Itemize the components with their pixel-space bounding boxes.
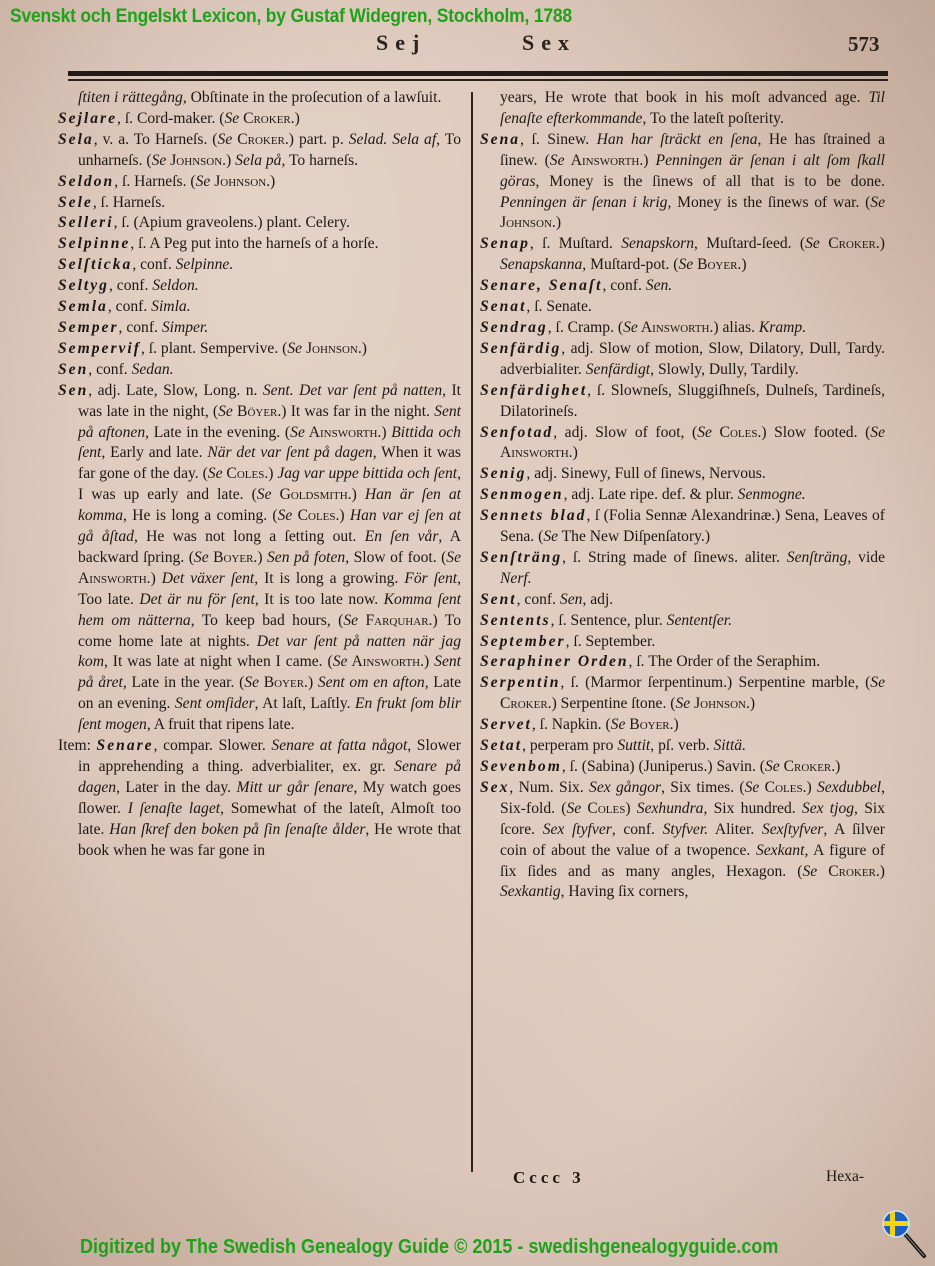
entry-text: Croker. [780, 758, 835, 775]
entry-text: Han har ſträckt en ſena [597, 131, 758, 148]
entry-text: ) [308, 674, 318, 691]
dictionary-entry: Setat, perperam pro Suttit, pſ. verb. Si… [480, 736, 885, 757]
entry-text: Sedan. [132, 361, 174, 378]
entry-text: ) part. p. [289, 131, 349, 148]
entry-text: ) [674, 716, 679, 733]
dictionary-entry: Sendrag, ſ. Cramp. (Se Ainsworth.) alias… [480, 318, 885, 339]
entry-text: Johnson. [690, 695, 750, 712]
headword: Senfärdighet [480, 382, 587, 399]
entry-text: Se [611, 716, 626, 733]
entry-text: Coles. [712, 424, 761, 441]
headword: Selpinne [58, 235, 130, 252]
entry-text: Se [218, 131, 233, 148]
left-column: ſtiten i rättegång, Obſtinate in the pro… [58, 88, 461, 862]
entry-text: ) [750, 695, 755, 712]
dictionary-entry: Sex, Num. Six. Sex gångor, Six times. (S… [480, 778, 885, 903]
entry-text: Ainsworth. [305, 424, 381, 441]
entry-text: ) [270, 173, 275, 190]
dictionary-entry: September, ſ. September. [480, 632, 885, 653]
entry-text: , ſ. Senate. [526, 298, 591, 315]
entry-text: Senmogne. [738, 486, 806, 503]
entry-text: , adj. Slow of foot, ( [553, 424, 697, 441]
entry-text: Sent omſider [175, 695, 255, 712]
headword: Senare, Senaſt [480, 277, 602, 294]
entry-text: Se [343, 612, 358, 629]
digitizer-credit-banner: Digitized by The Swedish Genealogy Guide… [80, 1236, 778, 1259]
entry-text: Se [805, 235, 820, 252]
headword: Senfotad [480, 424, 553, 441]
entry-text: Sen [560, 591, 583, 608]
headword: Setat [480, 737, 522, 754]
headword: Selleri [58, 214, 114, 231]
entry-text: Sela på [235, 152, 281, 169]
entry-text: , Muſtard-ſeed. ( [694, 235, 805, 252]
entry-text: Se [333, 653, 348, 670]
entry-text: ) [835, 758, 840, 775]
entry-text: , conf. [612, 821, 663, 838]
entry-text: , ſ. Harneſs. ( [114, 173, 195, 190]
headword: Semper [58, 319, 119, 336]
headword: Sendrag [480, 319, 548, 336]
entry-text: , Slow of foot. ( [345, 549, 446, 566]
entry-text: Se [287, 340, 302, 357]
dictionary-entry: Selſticka, conf. Selpinne. [58, 255, 461, 276]
entry-text: Böyer. [233, 403, 281, 420]
entry-text: Se [543, 528, 558, 545]
entry-text: Nerf. [500, 570, 532, 587]
dictionary-entry: Serpentin, ſ. (Marmor ſerpentinum.) Serp… [480, 673, 885, 715]
headword: Sela [58, 131, 94, 148]
entry-text: , compar. Slower. [154, 737, 272, 754]
entry-text: , ſ. Harneſs. [93, 194, 165, 211]
dictionary-entry: Senmogen, adj. Late ripe. def. & plur. S… [480, 485, 885, 506]
signature-mark: Cccc 3 [513, 1168, 585, 1188]
dictionary-entry: Sevenbom, ſ. (Sabina) (Juniperus.) Savin… [480, 757, 885, 778]
entry-text: , conf. [108, 298, 151, 315]
entry-text: , conf. [109, 277, 152, 294]
entry-text: ) [268, 465, 277, 482]
dictionary-entry: Seltyg, conf. Seldon. [58, 276, 461, 297]
entry-text: Se [224, 110, 239, 127]
entry-text: Seldon. [152, 277, 198, 294]
entry-text: Sen. [646, 277, 672, 294]
entry-text: Aliter. [708, 821, 762, 838]
entry-text: ) [573, 444, 578, 461]
running-head: Sej Sex 573 [0, 30, 935, 60]
entry-text: ) Slow footed. ( [761, 424, 870, 441]
continued-entry: ſtiten i rättegång, Obſtinate in the pro… [58, 88, 461, 109]
headword: Seraphiner Orden [480, 653, 629, 670]
entry-text: , ſ. Cord-maker. ( [117, 110, 224, 127]
entry-text: Se [802, 863, 817, 880]
dictionary-entry: Sela, v. a. To Harneſs. (Se Croker.) par… [58, 130, 461, 172]
entry-text: Senfärdigt [586, 361, 650, 378]
entry-text: , Obſtinate in the proſecution of a lawſ… [183, 89, 442, 106]
headword: Senmogen [480, 486, 564, 503]
entry-text: Jag var uppe bittida och ſent [277, 465, 457, 482]
entry-text: ) [295, 110, 300, 127]
headword: Sele [58, 194, 93, 211]
entry-text: Johnson. [302, 340, 362, 357]
entry-text: Senſträng [787, 549, 848, 566]
dictionary-entry: Senſträng, ſ. String made of ſinews. ali… [480, 548, 885, 590]
dictionary-entry: Sempervif, ſ. plant. Sempervive. (Se Joh… [58, 339, 461, 360]
entry-text: , To keep bad hours, ( [191, 612, 344, 629]
entry-text: Croker. [239, 110, 294, 127]
entry-text: Coles. [759, 779, 806, 796]
headword: Senſträng [480, 549, 562, 566]
dictionary-entry: Senig, adj. Sinewy, Full of ſinews, Nerv… [480, 464, 885, 485]
entry-text: Sex tjog [802, 800, 854, 817]
dictionary-entry: Servet, ſ. Napkin. (Se Boyer.) [480, 715, 885, 736]
headword: Sen [58, 382, 88, 399]
entry-text: , Slowly, Dully, Tardily. [650, 361, 799, 378]
headword: Sejlare [58, 110, 117, 127]
entry-text: Suttit [617, 737, 650, 754]
headword: Senap [480, 235, 530, 252]
entry-text: Sexſtyfver [762, 821, 823, 838]
dictionary-entry: Senare, Senaſt, conf. Sen. [480, 276, 885, 297]
entry-text: En ſen vår [365, 528, 439, 545]
entry-text: Boyer. [625, 716, 673, 733]
entry-text: Goldsmith. [272, 486, 352, 503]
entry-text: Johnson. [210, 173, 270, 190]
dictionary-entry: Sentents, ſ. Sentence, plur. Sententſer. [480, 611, 885, 632]
entry-text: ) [424, 653, 434, 670]
dictionary-entry: Sena, ſ. Sinew. Han har ſträckt en ſena,… [480, 130, 885, 235]
headword: Sennets blad [480, 507, 586, 524]
entry-text: Det växer ſent [162, 570, 254, 587]
entry-text: I ſenaſte laget [128, 800, 220, 817]
entry-text: , v. a. To Harneſs. ( [94, 131, 218, 148]
dictionary-entry: Senfärdig, adj. Slow of motion, Slow, Di… [480, 339, 885, 381]
entry-text: , ſ. (Marmor ſerpentinum.) Serpentine ma… [560, 674, 870, 691]
headword: Semla [58, 298, 108, 315]
continued-entry: years, He wrote that book in his moſt ad… [480, 88, 885, 130]
dictionary-entry: Item: Senare, compar. Slower. Senare at … [58, 736, 461, 861]
entry-text: ) [381, 424, 391, 441]
entry-text: Mitt ur går ſenare [236, 779, 353, 796]
entry-text: Croker. [817, 863, 880, 880]
entry-text: ) It was far in the night. [281, 403, 434, 420]
entry-text: Se [446, 549, 461, 566]
entry-text: , Early and late. [101, 444, 207, 461]
entry-text: Se [257, 486, 272, 503]
entry-text: Boyer. [209, 549, 258, 566]
dictionary-entry: Senat, ſ. Senate. [480, 297, 885, 318]
entry-text: , ſ. String made of ſinews. aliter. [562, 549, 787, 566]
dictionary-entry: Selleri, ſ. (Apium graveolens.) plant. C… [58, 213, 461, 234]
entry-text: Sexkantig [500, 883, 561, 900]
entry-text: ) [880, 863, 885, 880]
entry-text: Se [870, 674, 885, 691]
entry-text: Se [550, 152, 565, 169]
headword: September [480, 633, 566, 650]
entry-text: , conf. [602, 277, 645, 294]
entry-text: , perperam pro [522, 737, 617, 754]
entry-text: , ſ. Muſtard. [530, 235, 621, 252]
entry-text: , Late in the year. ( [123, 674, 244, 691]
headword: Sent [480, 591, 517, 608]
entry-text: Simla. [151, 298, 190, 315]
entry-text: Coles [581, 800, 625, 817]
entry-text: När det var ſent på dagen [207, 444, 372, 461]
running-head-first-word: Sej [376, 30, 426, 56]
entry-text: Selpinne. [176, 256, 234, 273]
entry-text: , conf. [119, 319, 162, 336]
entry-text: Ainsworth. [565, 152, 644, 169]
entry-text: Se [697, 424, 712, 441]
right-column: years, He wrote that book in his moſt ad… [480, 88, 885, 903]
entry-text: Simper. [162, 319, 208, 336]
page-number: 573 [848, 32, 880, 57]
entry-text: Senapskanna [500, 256, 582, 273]
entry-text: Se [745, 779, 760, 796]
entry-text: , It was late at night when I came. ( [104, 653, 333, 670]
entry-text: , Later in the day. [116, 779, 236, 796]
entry-text: Penningen är ſenan i krig [500, 194, 667, 211]
entry-text: Senapskorn [621, 235, 694, 252]
entry-text: , ſ. plant. Sempervive. ( [141, 340, 287, 357]
entry-text: Styfver. [663, 821, 708, 838]
entry-text: ) [352, 486, 365, 503]
entry-text: , To the lateſt poſterity. [642, 110, 783, 127]
column-divider [471, 92, 473, 1172]
entry-text: Se [218, 403, 233, 420]
entry-text: Sent. Det var ſent på natten [263, 382, 442, 399]
entry-text: Sex gångor [589, 779, 661, 796]
entry-text: , adj. Sinewy, Full of ſinews, Nervous. [526, 465, 765, 482]
entry-text: , It is long a growing. [254, 570, 404, 587]
source-banner: Svenskt och Engelskt Lexicon, by Gustaf … [10, 6, 572, 28]
dictionary-entry: Seraphiner Orden, ſ. The Order of the Se… [480, 652, 885, 673]
entry-text: , ſ. Sinew. [520, 131, 597, 148]
dictionary-entry: Sen, adj. Late, Slow, Long. n. Sent. Det… [58, 381, 461, 736]
dictionary-entry: Sen, conf. Sedan. [58, 360, 461, 381]
entry-text: , He was not long a ſetting out. [134, 528, 365, 545]
entry-text: Ainsworth. [347, 653, 424, 670]
entry-text: , He is long a coming. ( [123, 507, 278, 524]
entry-text: Se [678, 256, 693, 273]
entry-text: ) alias. [713, 319, 758, 336]
entry-text: , conf. [88, 361, 131, 378]
entry-text: , ſ. Napkin. ( [532, 716, 611, 733]
entry-text: Senare at fatta något [271, 737, 407, 754]
dictionary-entry: Senfotad, adj. Slow of foot, (Se Coles.)… [480, 423, 885, 465]
header-rule-thin [68, 79, 888, 81]
entry-text: Farquhar. [358, 612, 432, 629]
entry-text: Coles. [223, 465, 269, 482]
headword: Selſticka [58, 256, 132, 273]
entry-text: Se [675, 695, 690, 712]
entry-text: Selad. Sela af [349, 131, 436, 148]
entry-text: Sexdubbel [817, 779, 881, 796]
headword: Senat [480, 298, 526, 315]
entry-text: Ainsworth. [500, 444, 573, 461]
dictionary-entry: Seldon, ſ. Harneſs. (Se Johnson.) [58, 172, 461, 193]
entry-text: Se [566, 800, 581, 817]
entry-text: , To harneſs. [281, 152, 358, 169]
entry-text: Boyer. [259, 674, 308, 691]
entry-text: Sittä. [714, 737, 747, 754]
headword: Senfärdig [480, 340, 561, 357]
entry-text: Se [208, 465, 223, 482]
entry-text: , pſ. verb. [650, 737, 713, 754]
entry-text: , conf. [132, 256, 175, 273]
entry-text: Se [870, 424, 885, 441]
entry-text: , ſ. (Apium graveolens.) plant. Celery. [114, 214, 350, 231]
entry-text: ) [339, 507, 349, 524]
entry-text: Coles. [292, 507, 339, 524]
entry-text: Ainsworth. [638, 319, 714, 336]
entry-text: ) [226, 152, 235, 169]
entry-text: The New Diſpenſatory.) [558, 528, 710, 545]
entry-text: Se [244, 674, 259, 691]
entry-text: , Money is the ſinews of war. ( [667, 194, 870, 211]
entry-text: , conf. [517, 591, 560, 608]
catchword: Hexa- [826, 1168, 864, 1186]
headword: Sempervif [58, 340, 141, 357]
entry-text: , Having ſix corners, [561, 883, 689, 900]
entry-text: Kramp. [759, 319, 806, 336]
entry-text: Sen på foten [267, 549, 345, 566]
headword: Sentents [480, 612, 551, 629]
entry-text: Se [765, 758, 780, 775]
entry-text: Se [152, 152, 167, 169]
entry-text: , ſ. Cramp. ( [548, 319, 623, 336]
entry-text: , vide [847, 549, 885, 566]
entry-text: ) Serpentine ſtone. ( [552, 695, 676, 712]
entry-text: ) [880, 235, 885, 252]
headword: Serpentin [480, 674, 560, 691]
entry-text: ) [257, 549, 267, 566]
header-rule-thick [68, 71, 888, 76]
entry-text: ) [556, 214, 561, 231]
dictionary-entry: Sejlare, ſ. Cord-maker. (Se Croker.) [58, 109, 461, 130]
entry-text: ) [151, 570, 162, 587]
headword: Sevenbom [480, 758, 562, 775]
entry-text: Croker. [232, 131, 289, 148]
headword: Sex [480, 779, 509, 796]
dictionary-entry: Sele, ſ. Harneſs. [58, 193, 461, 214]
swedish-flag-magnifier-icon [878, 1208, 930, 1260]
entry-text: Sent om en afton [318, 674, 425, 691]
entry-text: , At laſt, Laſtly. [255, 695, 355, 712]
entry-text: Sex ſtyfver [543, 821, 612, 838]
headword: Senare [97, 737, 154, 754]
entry-text: Item: [58, 737, 97, 754]
entry-text: Sexhundra [637, 800, 704, 817]
entry-text: , Late in the evening. ( [145, 424, 290, 441]
entry-text: Han ſkref den boken på ſin ſenaſte ålder [109, 821, 365, 838]
headword: Seldon [58, 173, 114, 190]
entry-text: Sexkant [756, 842, 805, 859]
entry-text: , ſ. Sentence, plur. [551, 612, 667, 629]
entry-text: Ainsworth. [78, 570, 151, 587]
entry-text: , It is too late now. [255, 591, 384, 608]
headword: Senig [480, 465, 526, 482]
entry-text: Johnson. [500, 214, 556, 231]
entry-text: ) [625, 800, 636, 817]
entry-text: Se [278, 507, 293, 524]
entry-text: Se [623, 319, 638, 336]
entry-text: , ſ. (Sabina) (Juniperus.) Savin. ( [562, 758, 765, 775]
entry-text: Johnson. [166, 152, 226, 169]
entry-text: , ſ. The Order of the Seraphim. [629, 653, 821, 670]
entry-text: ) [741, 256, 746, 273]
entry-text: Se [194, 549, 209, 566]
entry-text: , adj. Late, Slow, Long. n. [88, 382, 263, 399]
entry-text: , ſ. A Peg put into the harneſs of a hor… [130, 235, 378, 252]
entry-text: Croker. [500, 695, 552, 712]
entry-text: För ſent [404, 570, 457, 587]
dictionary-entry: Senfärdighet, ſ. Slowneſs, Sluggiſhneſs,… [480, 381, 885, 423]
entry-text: ) [362, 340, 367, 357]
entry-text: , adj. Late ripe. def. & plur. [564, 486, 738, 503]
entry-text: ) [643, 152, 655, 169]
entry-text: Croker. [820, 235, 880, 252]
dictionary-entry: Semper, conf. Simper. [58, 318, 461, 339]
entry-text: Boyer. [693, 256, 741, 273]
dictionary-entry: Senap, ſ. Muſtard. Senapskorn, Muſtard-ſ… [480, 234, 885, 276]
entry-text: , Six times. ( [661, 779, 745, 796]
dictionary-entry: Selpinne, ſ. A Peg put into the harneſs … [58, 234, 461, 255]
entry-text: , Six hundred. [703, 800, 801, 817]
entry-text: , Muſtard-pot. ( [582, 256, 678, 273]
entry-text: Det är nu för ſent [139, 591, 254, 608]
dictionary-entry: Semla, conf. Simla. [58, 297, 461, 318]
entry-text: , Money is the ſinews of all that is to … [536, 173, 885, 190]
entry-text: Se [870, 194, 885, 211]
entry-text: ſtiten i rättegång [78, 89, 183, 106]
entry-text: years, He wrote that book in his moſt ad… [500, 89, 869, 106]
entry-text: Se [196, 173, 211, 190]
entry-text: ) [806, 779, 817, 796]
entry-text: , A fruit that ripens late. [147, 716, 295, 733]
dictionary-entry: Sennets blad, ſ (Folia Sennæ Alexandrinæ… [480, 506, 885, 548]
dictionary-entry: Sent, conf. Sen, adj. [480, 590, 885, 611]
headword: Servet [480, 716, 532, 733]
running-head-last-word: Sex [522, 30, 576, 56]
headword: Sen [58, 361, 88, 378]
entry-text: , ſ. September. [566, 633, 656, 650]
headword: Seltyg [58, 277, 109, 294]
headword: Sena [480, 131, 520, 148]
entry-text: Sententſer. [667, 612, 732, 629]
entry-text: , adj. [582, 591, 613, 608]
entry-text: Se [290, 424, 305, 441]
entry-text: , Num. Six. [509, 779, 589, 796]
